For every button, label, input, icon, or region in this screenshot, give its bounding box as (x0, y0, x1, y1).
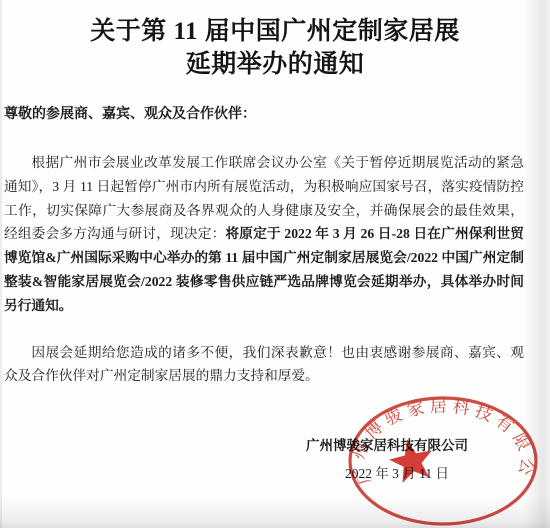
paragraph-2: 因展会延期给您造成的诸多不便，我们深表歉意！也由衷感谢参展商、嘉宾、观众及合作伙… (4, 341, 524, 389)
document-title: 关于第 11 届中国广州定制家居展 延期举办的通知 (20, 15, 530, 81)
signature-company: 广州博骏家居科技有限公司 (306, 437, 468, 455)
notice-document: 关于第 11 届中国广州定制家居展 延期举办的通知 尊敬的参展商、嘉宾、观众及合… (0, 0, 550, 528)
salutation: 尊敬的参展商、嘉宾、观众及合作伙伴： (4, 106, 524, 124)
paragraph-1: 根据广州市会展业改革发展工作联席会议办公室《关于暂停近期展览活动的紧急通知》，3… (4, 151, 524, 318)
page-edge-shadow-bottom (0, 496, 550, 528)
document-body: 尊敬的参展商、嘉宾、观众及合作伙伴： 根据广州市会展业改革发展工作联席会议办公室… (0, 106, 550, 388)
title-line-2: 延期举办的通知 (20, 48, 530, 81)
signature-block: 广州博骏家居科技有限公司 2022 年 3 月 11 日 (306, 437, 468, 482)
signature-date: 2022 年 3 月 11 日 (316, 465, 478, 482)
title-line-1: 关于第 11 届中国广州定制家居展 (20, 15, 530, 48)
